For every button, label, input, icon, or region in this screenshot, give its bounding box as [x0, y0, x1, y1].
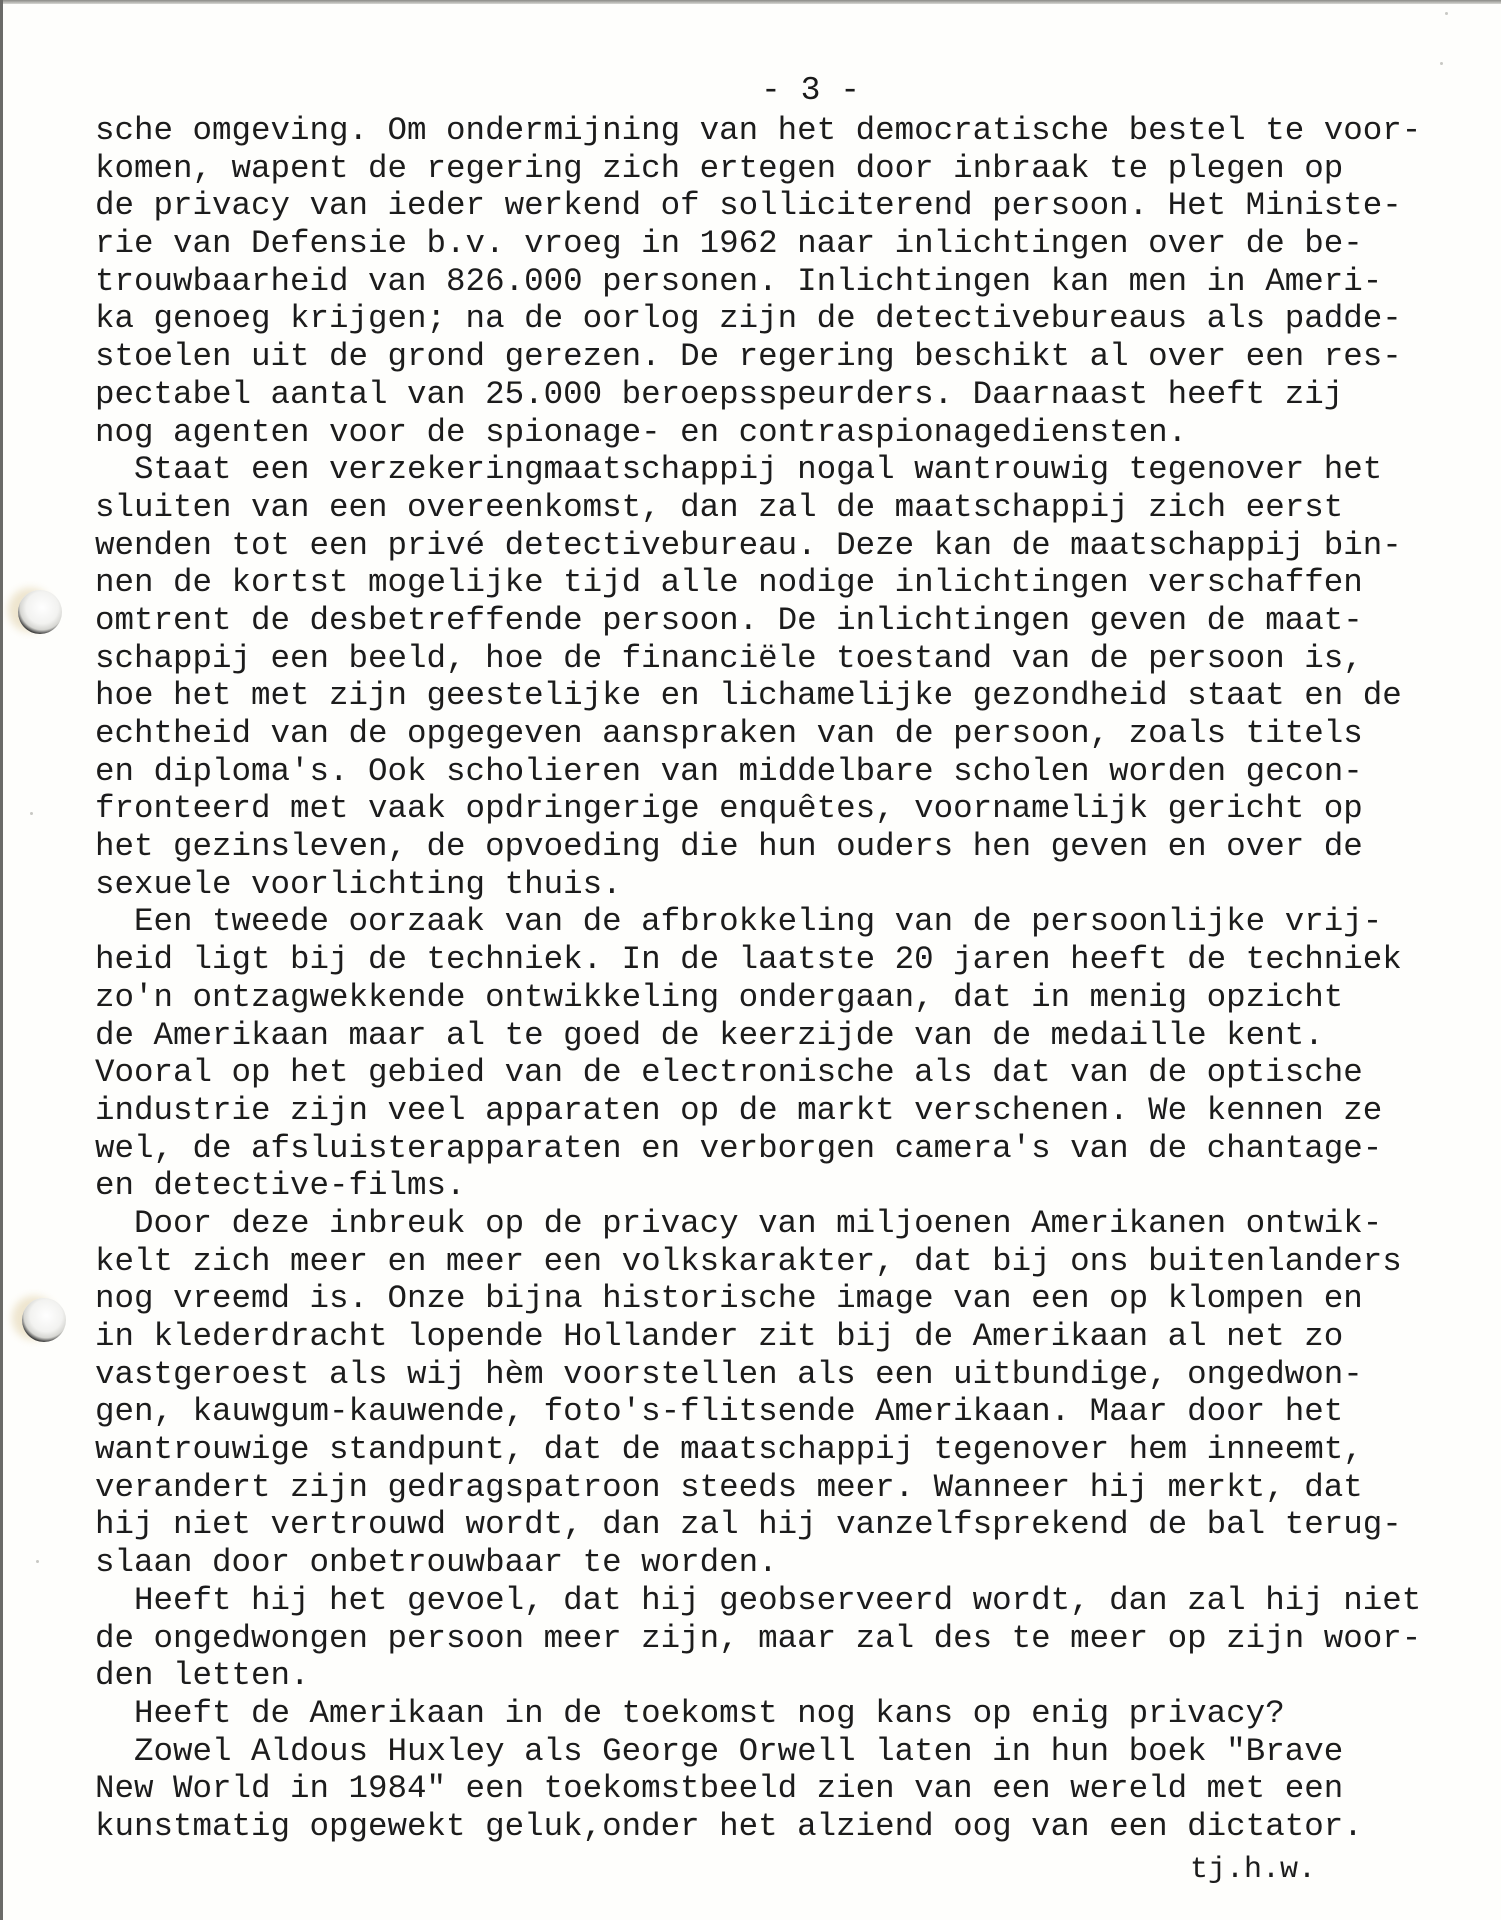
text-line: het gezinsleven, de opvoeding die hun ou… [95, 828, 1495, 866]
paper-speck [1445, 12, 1448, 15]
text-line: in klederdracht lopende Hollander zit bi… [95, 1318, 1495, 1356]
text-line: en detective-films. [95, 1167, 1495, 1205]
text-line: de privacy van ieder werkend of sollicit… [95, 187, 1495, 225]
paper-speck [30, 812, 33, 815]
text-line: sluiten van een overeenkomst, dan zal de… [95, 489, 1495, 527]
text-line: sexuele voorlichting thuis. [95, 866, 1495, 904]
text-line: Heeft de Amerikaan in de toekomst nog ka… [95, 1695, 1495, 1733]
text-line: vastgeroest als wij hèm voorstellen als … [95, 1356, 1495, 1394]
text-line: de ongedwongen persoon meer zijn, maar z… [95, 1620, 1495, 1658]
text-line: Vooral op het gebied van de electronisch… [95, 1054, 1495, 1092]
text-line: komen, wapent de regering zich ertegen d… [95, 150, 1495, 188]
document-page: - 3 - sche omgeving. Om ondermijning van… [0, 0, 1501, 1920]
text-line: wenden tot een privé detectivebureau. De… [95, 527, 1495, 565]
paper-top-edge [0, 0, 1501, 4]
text-line: New World in 1984" een toekomstbeeld zie… [95, 1770, 1495, 1808]
text-line: Staat een verzekeringmaatschappij nogal … [95, 451, 1495, 489]
text-line: slaan door onbetrouwbaar te worden. [95, 1544, 1495, 1582]
text-line: wel, de afsluisterapparaten en verborgen… [95, 1130, 1495, 1168]
paper-left-edge [0, 0, 3, 1920]
text-line: pectabel aantal van 25.000 beroepsspeurd… [95, 376, 1495, 414]
text-line: nog agenten voor de spionage- en contras… [95, 414, 1495, 452]
text-line: en diploma's. Ook scholieren van middelb… [95, 753, 1495, 791]
text-line: sche omgeving. Om ondermijning van het d… [95, 112, 1495, 150]
text-line: rie van Defensie b.v. vroeg in 1962 naar… [95, 225, 1495, 263]
author-initials: tj.h.w. [1190, 1853, 1316, 1887]
text-line: heid ligt bij de techniek. In de laatste… [95, 941, 1495, 979]
text-line: Door deze inbreuk op de privacy van milj… [95, 1205, 1495, 1243]
text-line: industrie zijn veel apparaten op de mark… [95, 1092, 1495, 1130]
page-number: - 3 - [60, 72, 1501, 109]
text-line: nog vreemd is. Onze bijna historische im… [95, 1280, 1495, 1318]
text-line: wantrouwige standpunt, dat de maatschapp… [95, 1431, 1495, 1469]
text-line: kunstmatig opgewekt geluk,onder het alzi… [95, 1808, 1495, 1846]
text-line: omtrent de desbetreffende persoon. De in… [95, 602, 1495, 640]
text-line: hij niet vertrouwd wordt, dan zal hij va… [95, 1506, 1495, 1544]
text-line: verandert zijn gedragspatroon steeds mee… [95, 1469, 1495, 1507]
text-line: zo'n ontzagwekkende ontwikkeling onderga… [95, 979, 1495, 1017]
text-line: trouwbaarheid van 826.000 personen. Inli… [95, 263, 1495, 301]
text-line: schappij een beeld, hoe de financiële to… [95, 640, 1495, 678]
text-line: Een tweede oorzaak van de afbrokkeling v… [95, 903, 1495, 941]
punch-hole-icon [18, 590, 62, 634]
typewritten-body-text: sche omgeving. Om ondermijning van het d… [95, 112, 1495, 1846]
text-line: nen de kortst mogelijke tijd alle nodige… [95, 564, 1495, 602]
text-line: stoelen uit de grond gerezen. De regerin… [95, 338, 1495, 376]
text-line: kelt zich meer en meer een volkskarakter… [95, 1243, 1495, 1281]
text-line: fronteerd met vaak opdringerige enquêtes… [95, 790, 1495, 828]
text-line: echtheid van de opgegeven aanspraken van… [95, 715, 1495, 753]
text-line: hoe het met zijn geestelijke en lichamel… [95, 677, 1495, 715]
text-line: Heeft hij het gevoel, dat hij geobservee… [95, 1582, 1495, 1620]
text-line: den letten. [95, 1657, 1495, 1695]
text-line: ka genoeg krijgen; na de oorlog zijn de … [95, 300, 1495, 338]
text-line: gen, kauwgum-kauwende, foto's-flitsende … [95, 1393, 1495, 1431]
paper-speck [1440, 62, 1443, 65]
text-line: de Amerikaan maar al te goed de keerzijd… [95, 1017, 1495, 1055]
punch-hole-icon [22, 1298, 66, 1342]
text-line: Zowel Aldous Huxley als George Orwell la… [95, 1733, 1495, 1771]
paper-speck [36, 1560, 39, 1563]
